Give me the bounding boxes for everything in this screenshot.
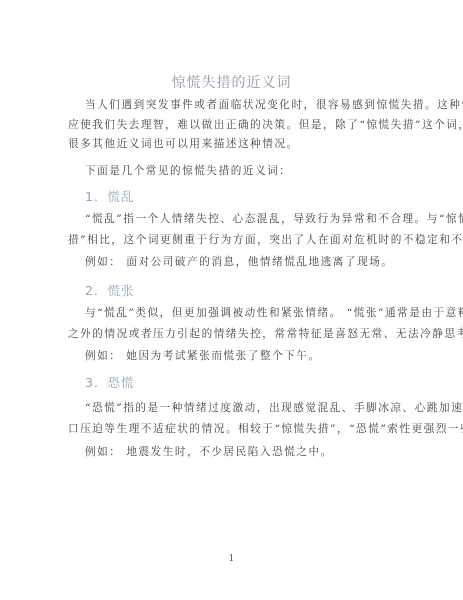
- section-1-line: 措”相比，这个词更侧重于行为方面，突出了人在面对危机时的不稳定和不安全感。: [68, 233, 400, 247]
- section-2-line: 与“慌乱”类似，但更加强调被动性和紧张情绪。 “慌张”通常是由于意料: [85, 306, 417, 320]
- intro-line: 当人们遇到突发事件或者面临状况变化时，很容易感到惊慌失措。这种情绪反: [85, 98, 417, 112]
- document-page: 惊慌失措的近义词 当人们遇到突发事件或者面临状况变化时，很容易感到惊慌失措。这种…: [0, 0, 463, 600]
- document-title: 惊慌失措的近义词: [0, 72, 463, 92]
- section-1-example: 例如： 面对公司破产的消息，他情绪慌乱地逃离了现场。: [85, 255, 417, 269]
- section-heading-3: 3．恐慌: [85, 373, 134, 391]
- page-number: 1: [0, 554, 463, 564]
- section-heading-2: 2．慌张: [85, 281, 134, 299]
- section-3-line: 口压迫等生理不适症状的情况。相较于“惊慌失措”，“恐慌”索性更强烈一些。: [68, 422, 400, 436]
- section-2-example: 例如： 她因为考试紧张而慌张了整个下午。: [85, 349, 417, 363]
- section-2-line: 之外的情况或者压力引起的情绪失控，常常特征是喜怒无常、无法冷静思考。: [68, 327, 400, 341]
- section-3-line: “恐慌”指的是一种情绪过度激动，出现感觉混乱、手脚冰凉、心跳加速、胸: [85, 401, 417, 415]
- section-1-line: “慌乱”指一个人情绪失控、心态混乱，导致行为异常和不合理。与“惊慌失: [85, 212, 417, 226]
- section-heading-1: 1．慌乱: [85, 187, 134, 205]
- intro-lead: 下面是几个常见的惊慌失措的近义词：: [85, 164, 417, 178]
- section-3-example: 例如： 地震发生时，不少居民陷入恐慌之中。: [85, 445, 417, 459]
- intro-line: 很多其他近义词也可以用来描述这种情况。: [68, 137, 400, 151]
- intro-line: 应使我们失去理智，难以做出正确的决策。但是，除了“惊慌失措”这个词，还有: [68, 118, 400, 132]
